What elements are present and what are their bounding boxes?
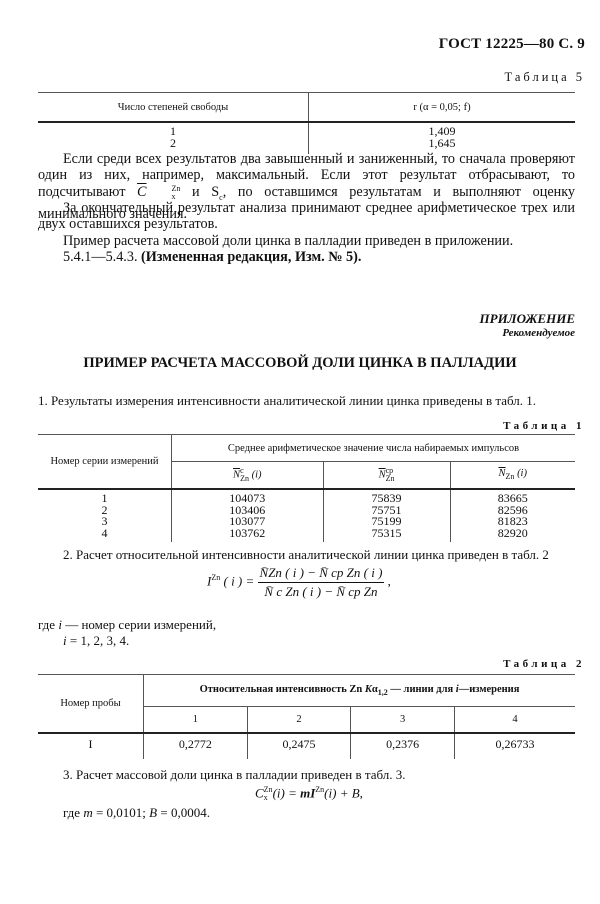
table5-cell: 1 2 xyxy=(38,122,309,154)
table2-header-sample: Номер пробы xyxy=(38,675,144,734)
formula-denominator: N̄ c Zn ( i ) − N̄ cp Zn xyxy=(258,583,385,600)
table-1: Номер серии измерений Среднее арифметиче… xyxy=(38,434,575,542)
table1-col-nzn: 83665825968182382920 xyxy=(450,489,575,542)
table5-header-r: r (α = 0,05; f) xyxy=(309,93,576,123)
table5-cell: 1,409 1,645 xyxy=(309,122,576,154)
table1-col-ncp: 75839757517519975315 xyxy=(323,489,450,542)
where-i-values: i = 1, 2, 3, 4. xyxy=(63,633,129,649)
table2-header-2: 2 xyxy=(247,707,351,734)
table1-header-ncp: NcpZn xyxy=(323,462,450,490)
table1-col-series: 1234 xyxy=(38,489,172,542)
table5-caption: Таблица 5 xyxy=(505,70,585,85)
formula-relative-intensity: IZn ( i ) = N̄Zn ( i ) − N̄ cp Zn ( i ) … xyxy=(207,565,391,600)
table2-cell: 0,2772 xyxy=(144,733,248,759)
table2-header-4: 4 xyxy=(455,707,575,734)
paragraph-revision: 5.4.1—5.4.3. (Измененная редакция, Изм. … xyxy=(38,249,575,265)
table1-group-header: Среднее арифметическое значение числа на… xyxy=(172,435,576,462)
appendix-label: ПРИЛОЖЕНИЕ Рекомендуемое xyxy=(480,311,575,339)
table-5: Число степеней свободы r (α = 0,05; f) 1… xyxy=(38,92,575,154)
table2-group-header: Относительная интенсивность Zn Kα1,2 — л… xyxy=(144,675,576,707)
section-1-text: 1. Результаты измерения интенсивности ан… xyxy=(38,393,536,409)
table2-cell: 0,2376 xyxy=(351,733,455,759)
table1-header-series: Номер серии измерений xyxy=(38,435,172,490)
appendix-title: ПРИМЕР РАСЧЕТА МАССОВОЙ ДОЛИ ЦИНКА В ПАЛ… xyxy=(0,355,600,372)
table2-cell: 0,26733 xyxy=(455,733,575,759)
paragraph-example-ref: Пример расчета массовой доли цинка в пал… xyxy=(38,233,575,249)
section-3-text: 3. Расчет массовой доли цинка в палладии… xyxy=(63,767,406,783)
formula-mass-fraction: CZnx(i) = mIZn(i) + B, xyxy=(255,785,363,802)
table2-cell-sample: I xyxy=(38,733,144,759)
table2-header-3: 3 xyxy=(351,707,455,734)
where-coefficients: где m = 0,0101; B = 0,0004. xyxy=(63,805,210,821)
table-row: I 0,2772 0,2475 0,2376 0,26733 xyxy=(38,733,575,759)
formula-numerator: N̄Zn ( i ) − N̄ cp Zn ( i ) xyxy=(258,565,385,583)
page-header: ГОСТ 12225—80 С. 9 xyxy=(439,36,585,53)
table2-header-1: 1 xyxy=(144,707,248,734)
paragraph-final-result: За окончательный результат анализа прини… xyxy=(38,200,575,233)
section-2-text: 2. Расчет относительной интенсивности ан… xyxy=(63,547,549,563)
table1-header-nzn: NZn (i) xyxy=(450,462,575,490)
table-2: Номер пробы Относительная интенсивность … xyxy=(38,674,575,759)
table5-header-dof: Число степеней свободы xyxy=(38,93,309,123)
table2-cell: 0,2475 xyxy=(247,733,351,759)
table1-caption: Таблица 1 xyxy=(503,420,585,432)
table2-caption: Таблица 2 xyxy=(503,658,585,670)
table1-col-nc: 104073103406103077103762 xyxy=(172,489,324,542)
table1-header-nc: NcZn (i) xyxy=(172,462,324,490)
where-i-definition: где i — номер серии измерений, xyxy=(38,617,216,633)
